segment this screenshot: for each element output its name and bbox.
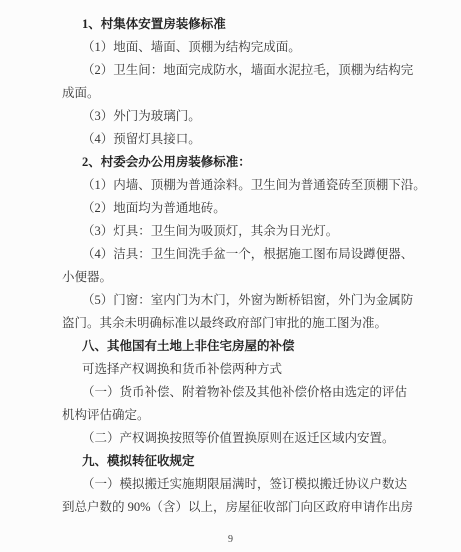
text-line: （3）灯具：卫生间为吸顶灯，其余为日光灯。 <box>62 220 430 243</box>
text-line: 盗门。其余未明确标准以最终政府部门审批的施工图为准。 <box>62 312 430 335</box>
text-line: （2）卫生间：地面完成防水，墙面水泥拉毛，顶棚为结构完 <box>62 59 430 82</box>
text-line: 成面。 <box>62 82 430 105</box>
heading-line: 1、村集体安置房装修标准 <box>62 13 430 36</box>
text-line: （二）产权调换按照等价值置换原则在返迁区域内安置。 <box>62 427 430 450</box>
text-line: （4）洁具：卫生间洗手盆一个，根据施工图布局设蹲便器、 <box>62 243 430 266</box>
text-line: 小便器。 <box>62 266 430 289</box>
page-number: 9 <box>0 533 461 547</box>
text-line: （4）预留灯具接口。 <box>62 128 430 151</box>
text-line: （1）地面、墙面、顶棚为结构完成面。 <box>62 36 430 59</box>
text-line: （1）内墙、顶棚为普通涂料。卫生间为普通瓷砖至顶棚下沿。 <box>62 174 430 197</box>
heading-line: 九、模拟转征收规定 <box>62 450 430 473</box>
heading-line: 八、其他国有土地上非住宅房屋的补偿 <box>62 335 430 358</box>
document-page: 1、村集体安置房装修标准（1）地面、墙面、顶棚为结构完成面。（2）卫生间：地面完… <box>0 0 461 552</box>
text-line: （2）地面均为普通地砖。 <box>62 197 430 220</box>
text-line: （一）货币补偿、附着物补偿及其他补偿价格由选定的评估 <box>62 381 430 404</box>
text-line: （一）模拟搬迁实施期限届满时，签订模拟搬迁协议户数达 <box>62 473 430 496</box>
text-line: （3）外门为玻璃门。 <box>62 105 430 128</box>
text-line: 可选择产权调换和货币补偿两种方式 <box>62 358 430 381</box>
text-line: （5）门窗：室内门为木门，外窗为断桥铝窗，外门为金属防 <box>62 289 430 312</box>
heading-line: 2、村委会办公用房装修标准： <box>62 151 430 174</box>
document-body: 1、村集体安置房装修标准（1）地面、墙面、顶棚为结构完成面。（2）卫生间：地面完… <box>62 13 430 519</box>
text-line: 到总户数的 90%（含）以上，房屋征收部门向区政府申请作出房 <box>62 496 430 519</box>
text-line: 机构评估确定。 <box>62 404 430 427</box>
